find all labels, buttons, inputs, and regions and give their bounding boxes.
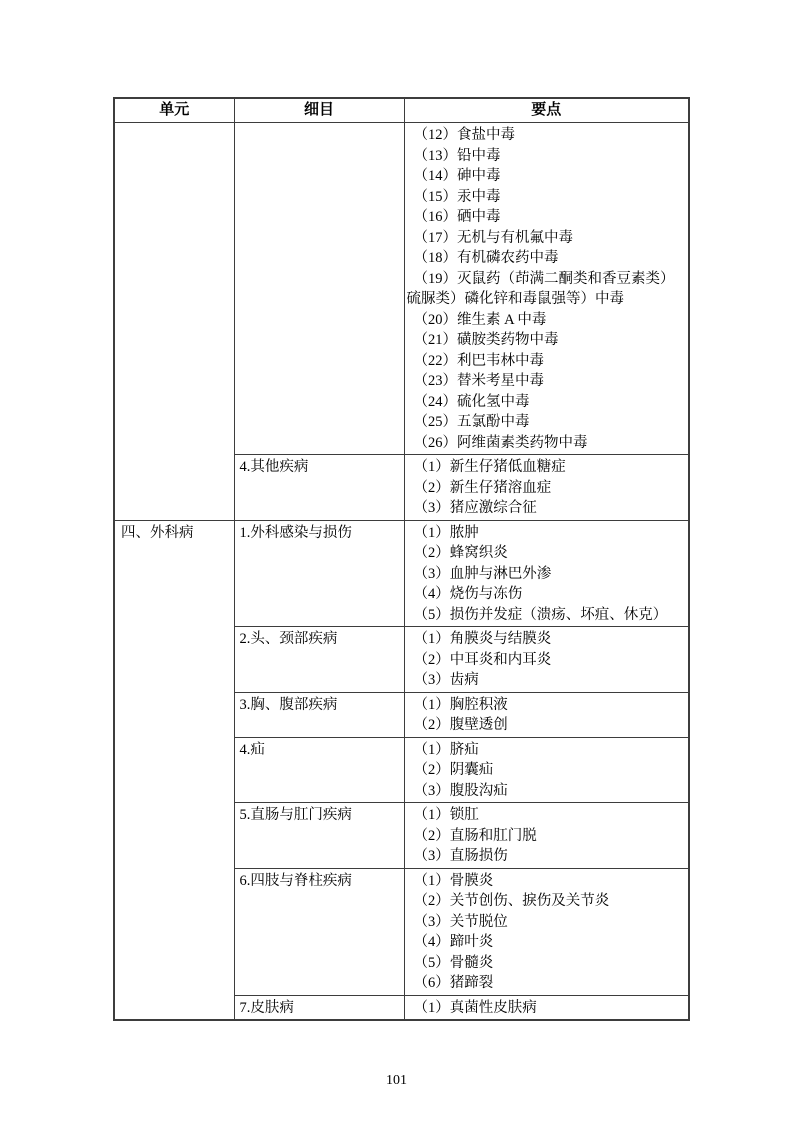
- item-cell: 4.其他疾病: [234, 455, 404, 521]
- point-line: （13）铅中毒: [407, 146, 686, 167]
- point-line: （1）脐疝: [407, 740, 686, 761]
- point-line: （26）阿维菌素类药物中毒: [407, 433, 686, 454]
- point-line: （1）新生仔猪低血糖症: [407, 457, 686, 478]
- point-line: （3）腹股沟疝: [407, 781, 686, 802]
- item-cell: 2.头、颈部疾病: [234, 627, 404, 693]
- table-row: （12）食盐中毒（13）铅中毒（14）砷中毒（15）汞中毒（16）硒中毒（17）…: [114, 123, 689, 455]
- point-line: （2）关节创伤、捩伤及关节炎: [407, 891, 686, 912]
- item-cell: 5.直肠与肛门疾病: [234, 803, 404, 869]
- item-cell: [234, 123, 404, 455]
- unit-cell: 四、外科病: [114, 520, 234, 1020]
- point-line: （3）齿病: [407, 670, 686, 691]
- point-line: （2）蜂窝织炎: [407, 543, 686, 564]
- point-line: （2）新生仔猪溶血症: [407, 478, 686, 499]
- table-row: 四、外科病1.外科感染与损伤（1）脓肿（2）蜂窝织炎（3）血肿与淋巴外渗（4）烧…: [114, 520, 689, 627]
- column-header-unit: 单元: [114, 98, 234, 123]
- points-cell: （1）脐疝（2）阴囊疝（3）腹股沟疝: [404, 737, 689, 803]
- points-cell: （12）食盐中毒（13）铅中毒（14）砷中毒（15）汞中毒（16）硒中毒（17）…: [404, 123, 689, 455]
- point-line: （20）维生素 A 中毒: [407, 310, 686, 331]
- point-line: （14）砷中毒: [407, 166, 686, 187]
- page-number: 101: [0, 1072, 793, 1090]
- point-line: （1）骨膜炎: [407, 871, 686, 892]
- point-line: （23）替米考星中毒: [407, 371, 686, 392]
- point-line: （2）中耳炎和内耳炎: [407, 650, 686, 671]
- point-line: （25）五氯酚中毒: [407, 412, 686, 433]
- point-line: （15）汞中毒: [407, 187, 686, 208]
- points-cell: （1）角膜炎与结膜炎（2）中耳炎和内耳炎（3）齿病: [404, 627, 689, 693]
- point-line: （5）骨髓炎: [407, 953, 686, 974]
- point-line: （6）猪蹄裂: [407, 973, 686, 994]
- point-line: （3）直肠损伤: [407, 846, 686, 867]
- unit-cell: [114, 123, 234, 521]
- point-line: （3）关节脱位: [407, 912, 686, 933]
- point-line: （1）角膜炎与结膜炎: [407, 629, 686, 650]
- point-line: （2）腹壁透创: [407, 715, 686, 736]
- points-cell: （1）胸腔积液（2）腹壁透创: [404, 692, 689, 737]
- column-header-item: 细目: [234, 98, 404, 123]
- item-cell: 3.胸、腹部疾病: [234, 692, 404, 737]
- points-cell: （1）锁肛（2）直肠和肛门脱（3）直肠损伤: [404, 803, 689, 869]
- point-line: （12）食盐中毒: [407, 125, 686, 146]
- syllabus-table: 单元 细目 要点 （12）食盐中毒（13）铅中毒（14）砷中毒（15）汞中毒（1…: [113, 97, 690, 1021]
- point-line: （4）烧伤与冻伤: [407, 584, 686, 605]
- point-line: （1）胸腔积液: [407, 695, 686, 716]
- point-line: （24）硫化氢中毒: [407, 392, 686, 413]
- point-line: （16）硒中毒: [407, 207, 686, 228]
- point-line: （2）阴囊疝: [407, 760, 686, 781]
- point-line: （5）损伤并发症（溃疡、坏疽、休克）: [407, 605, 686, 626]
- points-cell: （1）脓肿（2）蜂窝织炎（3）血肿与淋巴外渗（4）烧伤与冻伤（5）损伤并发症（溃…: [404, 520, 689, 627]
- point-line: （1）锁肛: [407, 805, 686, 826]
- point-line: （3）血肿与淋巴外渗: [407, 564, 686, 585]
- item-cell: 7.皮肤病: [234, 995, 404, 1020]
- point-line: （1）真菌性皮肤病: [407, 998, 686, 1019]
- point-line: （1）脓肿: [407, 523, 686, 544]
- point-line: （17）无机与有机氟中毒: [407, 228, 686, 249]
- table-header-row: 单元 细目 要点: [114, 98, 689, 123]
- item-cell: 4.疝: [234, 737, 404, 803]
- item-cell: 1.外科感染与损伤: [234, 520, 404, 627]
- point-line: （3）猪应激综合征: [407, 498, 686, 519]
- point-line: （2）直肠和肛门脱: [407, 826, 686, 847]
- point-line: （22）利巴韦林中毒: [407, 351, 686, 372]
- point-line: （18）有机磷农药中毒: [407, 248, 686, 269]
- points-cell: （1）新生仔猪低血糖症（2）新生仔猪溶血症（3）猪应激综合征: [404, 455, 689, 521]
- item-cell: 6.四肢与脊柱疾病: [234, 868, 404, 995]
- point-line: （4）蹄叶炎: [407, 932, 686, 953]
- points-cell: （1）真菌性皮肤病: [404, 995, 689, 1020]
- document-page: 单元 细目 要点 （12）食盐中毒（13）铅中毒（14）砷中毒（15）汞中毒（1…: [0, 0, 793, 1122]
- point-line: （19）灭鼠药（茚满二酮类和香豆素类）硫脲类）磷化锌和毒鼠强等）中毒: [407, 269, 686, 310]
- column-header-points: 要点: [404, 98, 689, 123]
- table-body: （12）食盐中毒（13）铅中毒（14）砷中毒（15）汞中毒（16）硒中毒（17）…: [114, 123, 689, 1021]
- point-line: （21）磺胺类药物中毒: [407, 330, 686, 351]
- points-cell: （1）骨膜炎（2）关节创伤、捩伤及关节炎（3）关节脱位（4）蹄叶炎（5）骨髓炎（…: [404, 868, 689, 995]
